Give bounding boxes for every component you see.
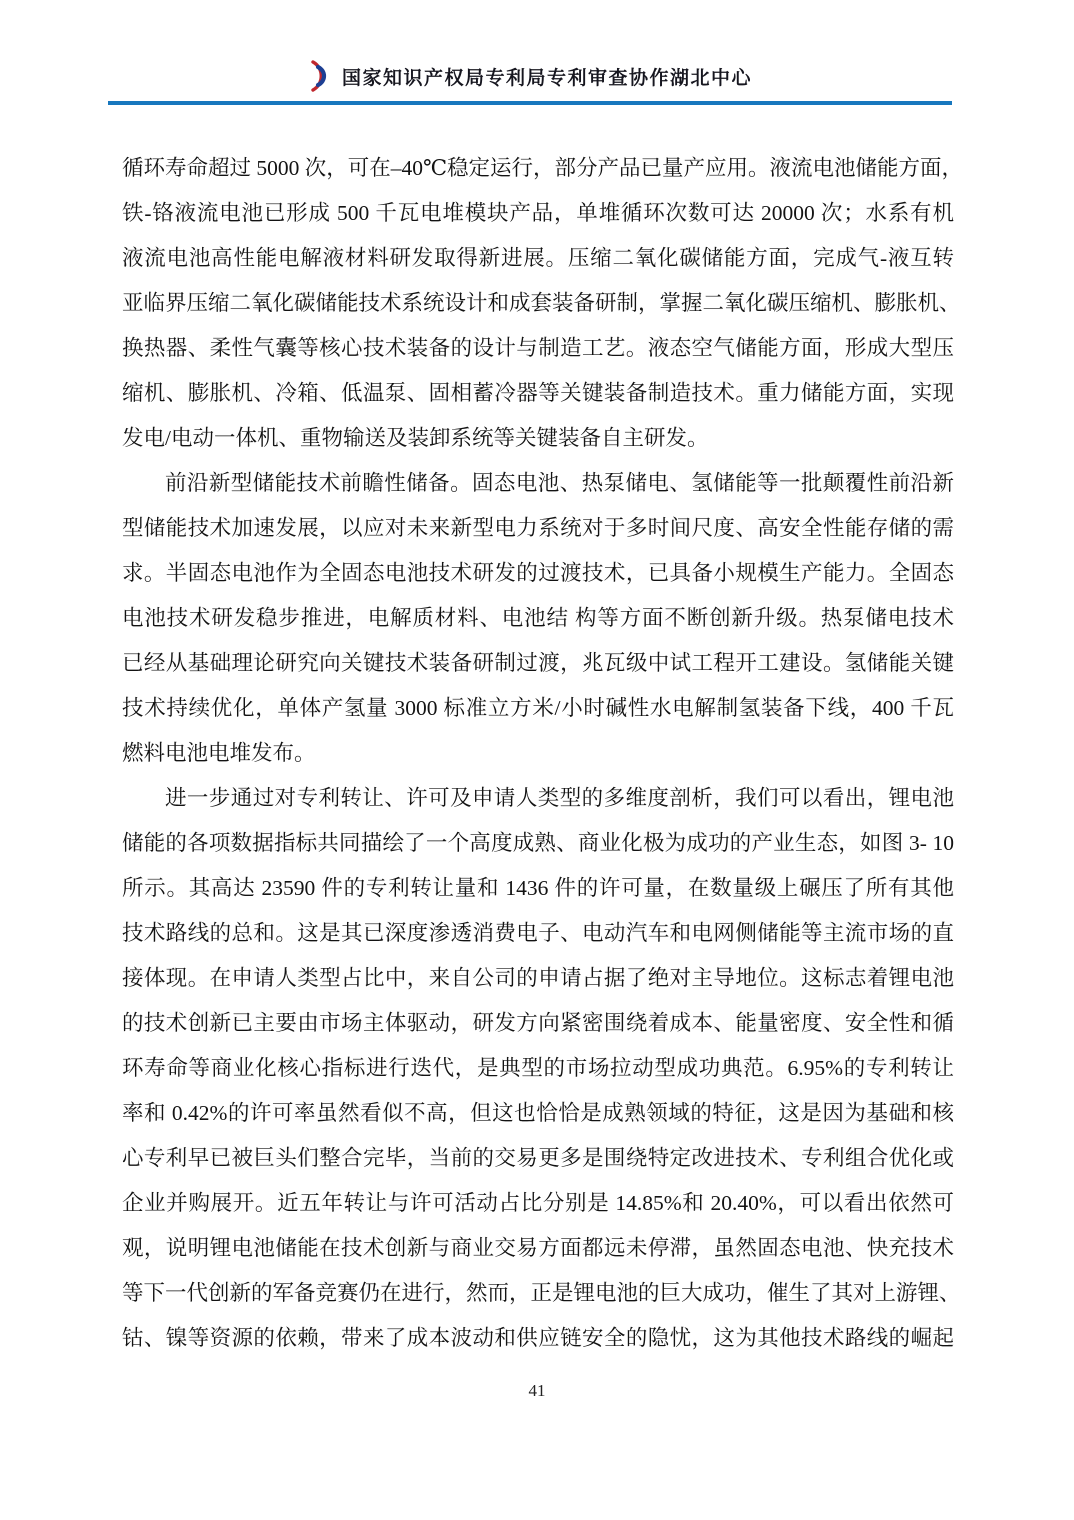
paragraph: 进一步通过对专利转让、许可及申请人类型的多维度剖析，我们可以看出，锂电池 储能的… xyxy=(122,776,954,1361)
document-page: 国家知识产权局专利局专利审查协作湖北中心 循环寿命超过 5000 次，可在–40… xyxy=(0,0,1074,1520)
text-line: 钴、镍等资源的依赖，带来了成本波动和供应链安全的隐忧，这为其他技术路线的崛起 xyxy=(122,1316,954,1361)
text-line: 的技术创新已主要由市场主体驱动，研发方向紧密围绕着成本、能量密度、安全性和循 xyxy=(122,1001,954,1046)
text-line: 技术持续优化，单体产氢量 3000 标准立方米/小时碱性水电解制氢装备下线，40… xyxy=(122,686,954,731)
text-line: 电池技术研发稳步推进，电解质材料、电池结 构等方面不断创新升级。热泵储电技术 xyxy=(122,596,954,641)
agency-logo-icon xyxy=(308,60,330,92)
text-line: 循环寿命超过 5000 次，可在–40℃稳定运行，部分产品已量产应用。液流电池储… xyxy=(122,146,954,191)
text-line: 换热器、柔性气囊等核心技术装备的设计与制造工艺。液态空气储能方面，形成大型压 xyxy=(122,326,954,371)
text-line: 企业并购展开。近五年转让与许可活动占比分别是 14.85%和 20.40%，可以… xyxy=(122,1181,954,1226)
text-line: 等下一代创新的军备竞赛仍在进行，然而，正是锂电池的巨大成功，催生了其对上游锂、 xyxy=(122,1271,954,1316)
text-line: 接体现。在申请人类型占比中，来自公司的申请占据了绝对主导地位。这标志着锂电池 xyxy=(122,956,954,1001)
header-title: 国家知识产权局专利局专利审查协作湖北中心 xyxy=(342,63,752,90)
text-line: 燃料电池电堆发布。 xyxy=(122,731,954,776)
text-line: 储能的各项数据指标共同描绘了一个高度成熟、商业化极为成功的产业生态，如图 3- … xyxy=(122,821,954,866)
page-header: 国家知识产权局专利局专利审查协作湖北中心 xyxy=(108,60,952,105)
text-line: 观，说明锂电池储能在技术创新与商业交易方面都远未停滞，虽然固态电池、快充技术 xyxy=(122,1226,954,1271)
paragraph: 前沿新型储能技术前瞻性储备。固态电池、热泵储电、氢储能等一批颠覆性前沿新 型储能… xyxy=(122,461,954,776)
text-line: 率和 0.42%的许可率虽然看似不高，但这也恰恰是成熟领域的特征，这是因为基础和… xyxy=(122,1091,954,1136)
text-line: 技术路线的总和。这是其已深度渗透消费电子、电动汽车和电网侧储能等主流市场的直 xyxy=(122,911,954,956)
text-line: 型储能技术加速发展，以应对未来新型电力系统对于多时间尺度、高安全性能存储的需 xyxy=(122,506,954,551)
document-body: 循环寿命超过 5000 次，可在–40℃稳定运行，部分产品已量产应用。液流电池储… xyxy=(122,146,954,1361)
text-line: 缩机、膨胀机、冷箱、低温泵、固相蓄冷器等关键装备制造技术。重力储能方面，实现 xyxy=(122,371,954,416)
text-line: 求。半固态电池作为全固态电池技术研发的过渡技术，已具备小规模生产能力。全固态 xyxy=(122,551,954,596)
paragraph: 循环寿命超过 5000 次，可在–40℃稳定运行，部分产品已量产应用。液流电池储… xyxy=(122,146,954,461)
text-line: 环寿命等商业化核心指标进行迭代，是典型的市场拉动型成功典范。6.95%的专利转让 xyxy=(122,1046,954,1091)
text-line: 已经从基础理论研究向关键技术装备研制过渡，兆瓦级中试工程开工建设。氢储能关键 xyxy=(122,641,954,686)
text-line: 心专利早已被巨头们整合完毕，当前的交易更多是围绕特定改进技术、专利组合优化或 xyxy=(122,1136,954,1181)
text-line: 亚临界压缩二氧化碳储能技术系统设计和成套装备研制，掌握二氧化碳压缩机、膨胀机、 xyxy=(122,281,954,326)
text-line: 前沿新型储能技术前瞻性储备。固态电池、热泵储电、氢储能等一批颠覆性前沿新 xyxy=(122,461,954,506)
text-line: 铁-铬液流电池已形成 500 千瓦电堆模块产品，单堆循环次数可达 20000 次… xyxy=(122,191,954,236)
text-line: 进一步通过对专利转让、许可及申请人类型的多维度剖析，我们可以看出，锂电池 xyxy=(122,776,954,821)
text-line: 所示。其高达 23590 件的专利转让量和 1436 件的许可量，在数量级上碾压… xyxy=(122,866,954,911)
page-number: 41 xyxy=(0,1381,1074,1401)
text-line: 液流电池高性能电解液材料研发取得新进展。压缩二氧化碳储能方面，完成气-液互转 xyxy=(122,236,954,281)
text-line: 发电/电动一体机、重物输送及装卸系统等关键装备自主研发。 xyxy=(122,416,954,461)
